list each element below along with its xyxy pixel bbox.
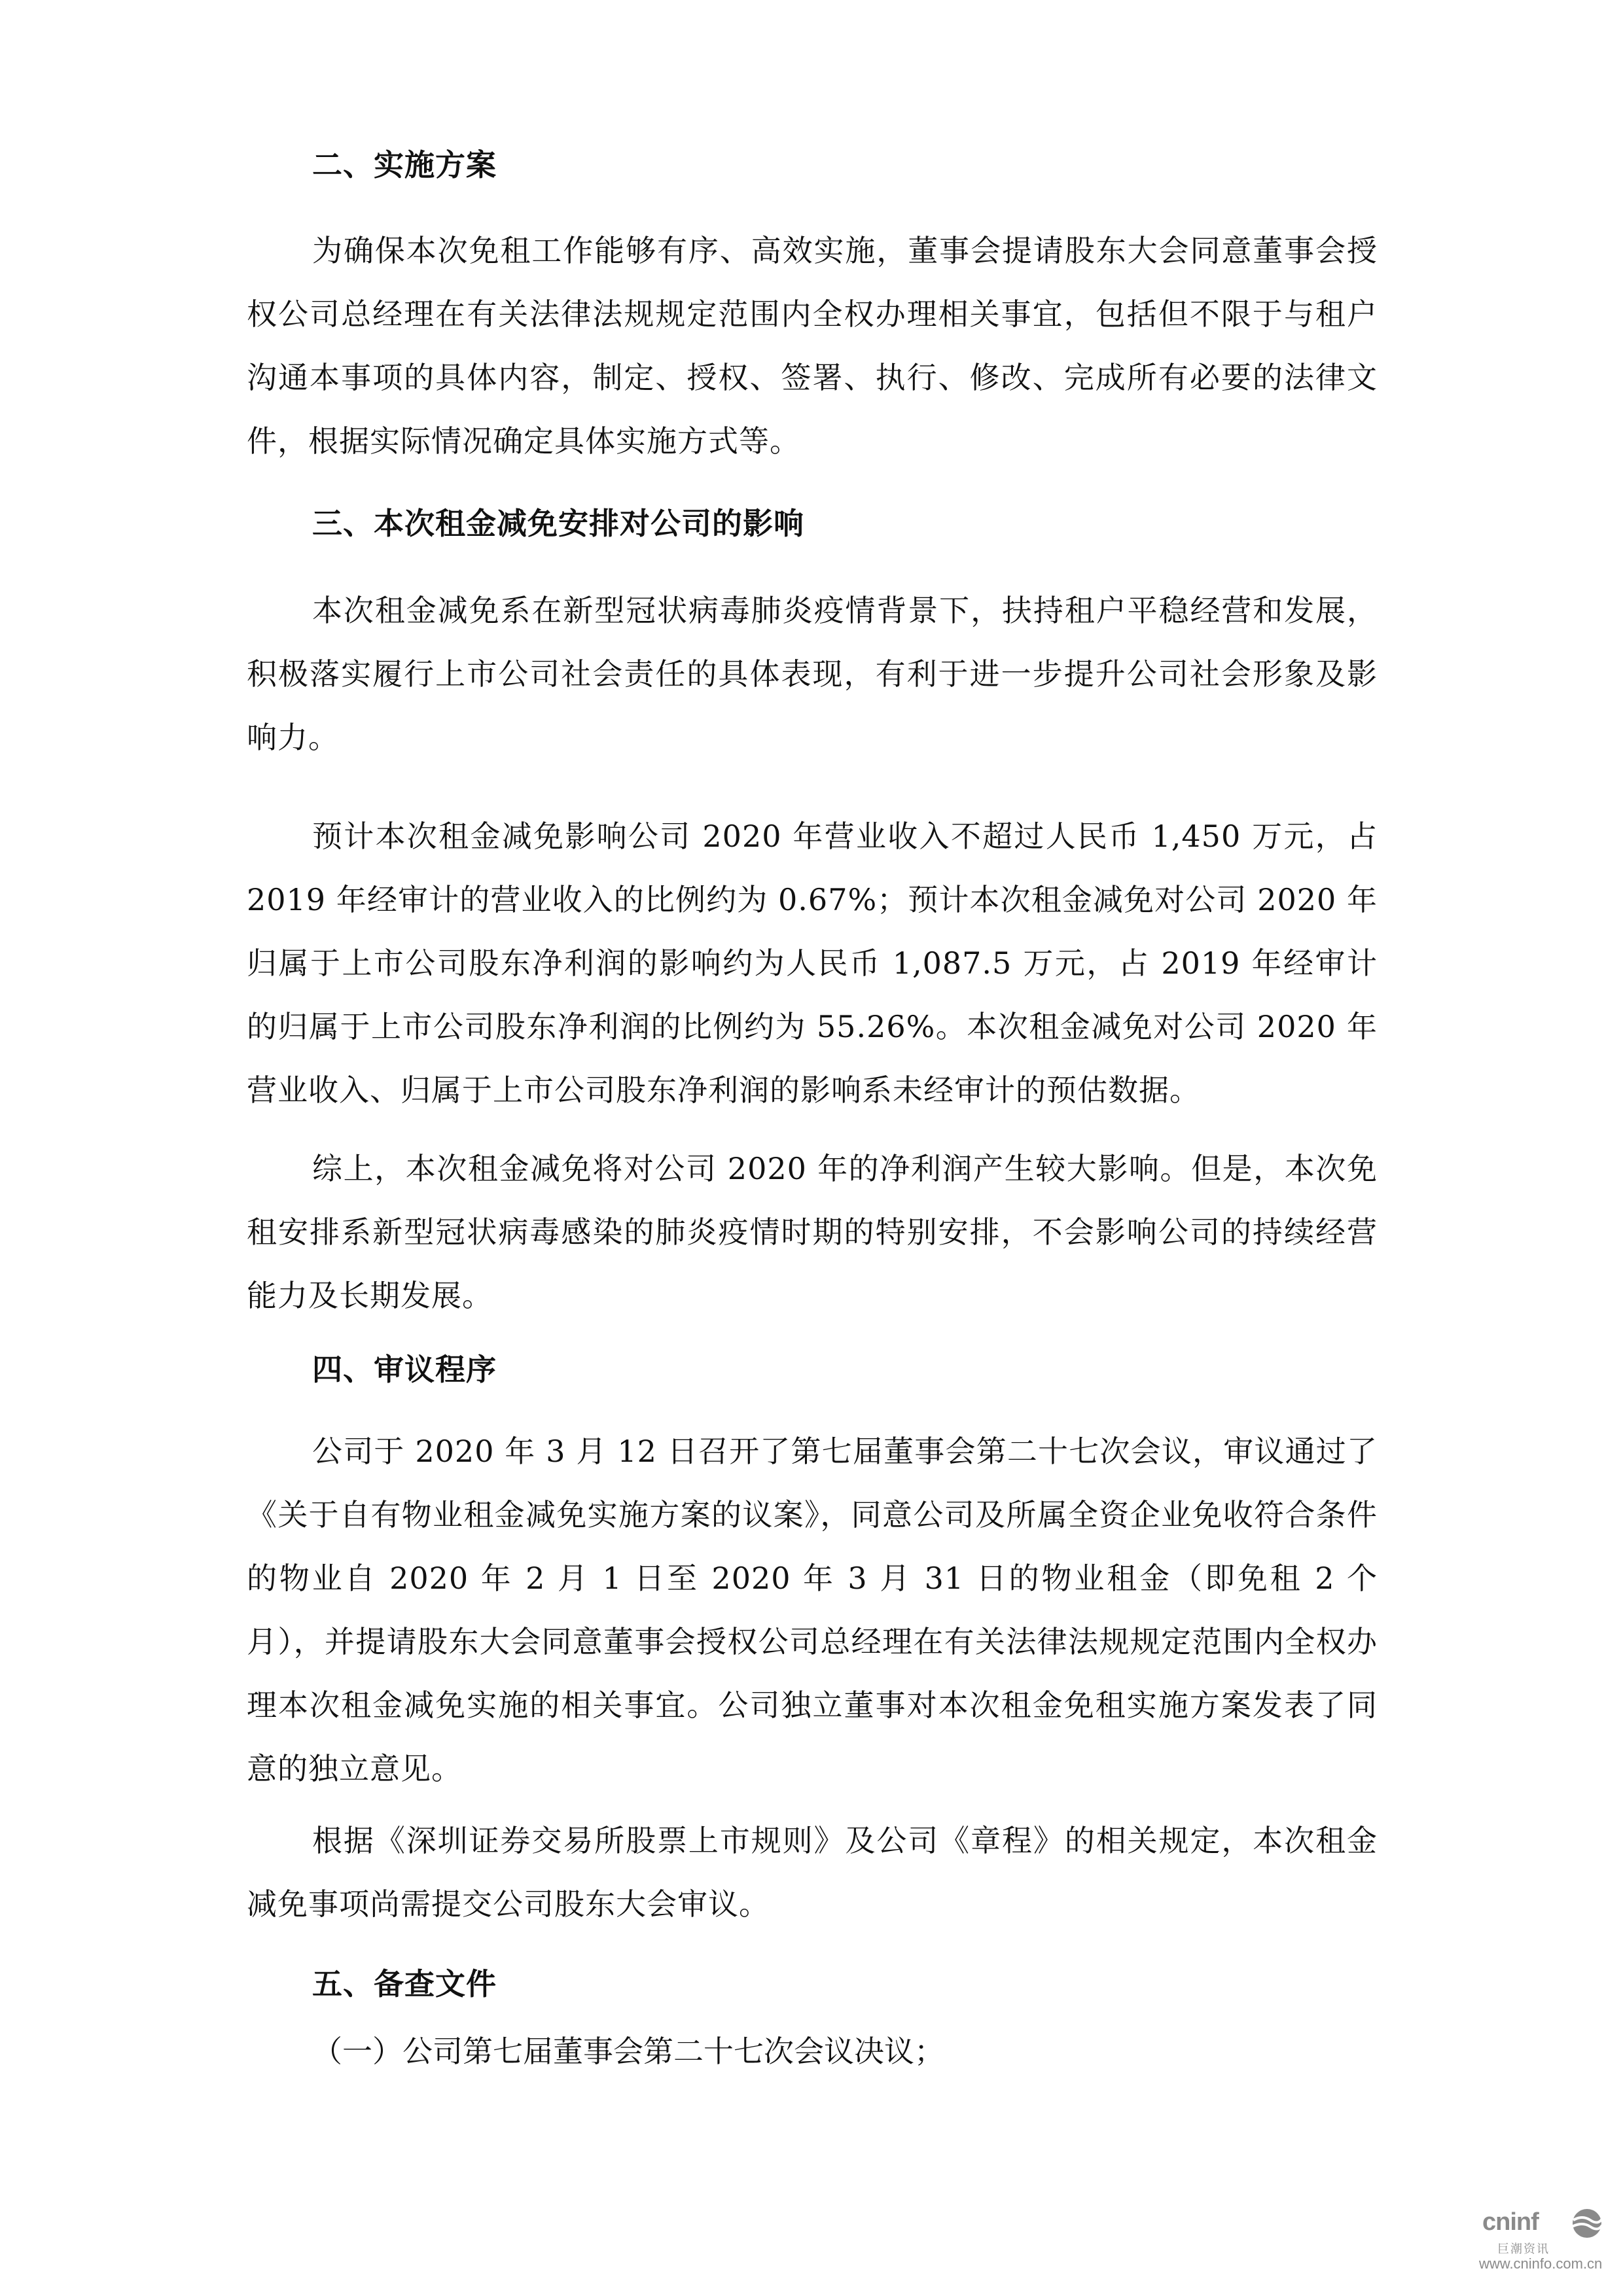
paragraph-impact-summary: 综上，本次租金减免将对公司 2020 年的净利润产生较大影响。但是，本次免租安排… [247,1137,1378,1328]
section-heading-impact: 三、本次租金减免安排对公司的影响 [312,504,804,543]
watermark-chinese-name: 巨潮资讯 [1497,2240,1550,2257]
watermark-brand: cninf [1482,2208,1539,2236]
cninfo-logo-icon [1571,2207,1603,2240]
paragraph-review-board-meeting: 公司于 2020 年 3 月 12 日召开了第七届董事会第二十七次会议，审议通过… [247,1420,1378,1801]
reference-document-item: （一）公司第七届董事会第二十七次会议决议； [312,2032,944,2071]
paragraph-impact-financials: 预计本次租金减免影响公司 2020 年营业收入不超过人民币 1,450 万元，占… [247,805,1378,1122]
section-heading-review-procedure: 四、审议程序 [312,1350,497,1389]
watermark-url: www.cninfo.com.cn [1479,2255,1602,2272]
cninfo-watermark: cninf 巨潮资讯 www.cninfo.com.cn [1453,2202,1616,2280]
section-heading-reference-documents: 五、备查文件 [312,1964,497,2004]
paragraph-review-shareholder-approval: 根据《深圳证券交易所股票上市规则》及公司《章程》的相关规定，本次租金减免事项尚需… [247,1809,1378,1936]
section-heading-implementation-plan: 二、实施方案 [312,145,497,185]
paragraph-impact-background: 本次租金减免系在新型冠状病毒肺炎疫情背景下，扶持租户平稳经营和发展，积极落实履行… [247,579,1378,769]
paragraph-implementation-plan: 为确保本次免租工作能够有序、高效实施，董事会提请股东大会同意董事会授权公司总经理… [247,219,1378,473]
